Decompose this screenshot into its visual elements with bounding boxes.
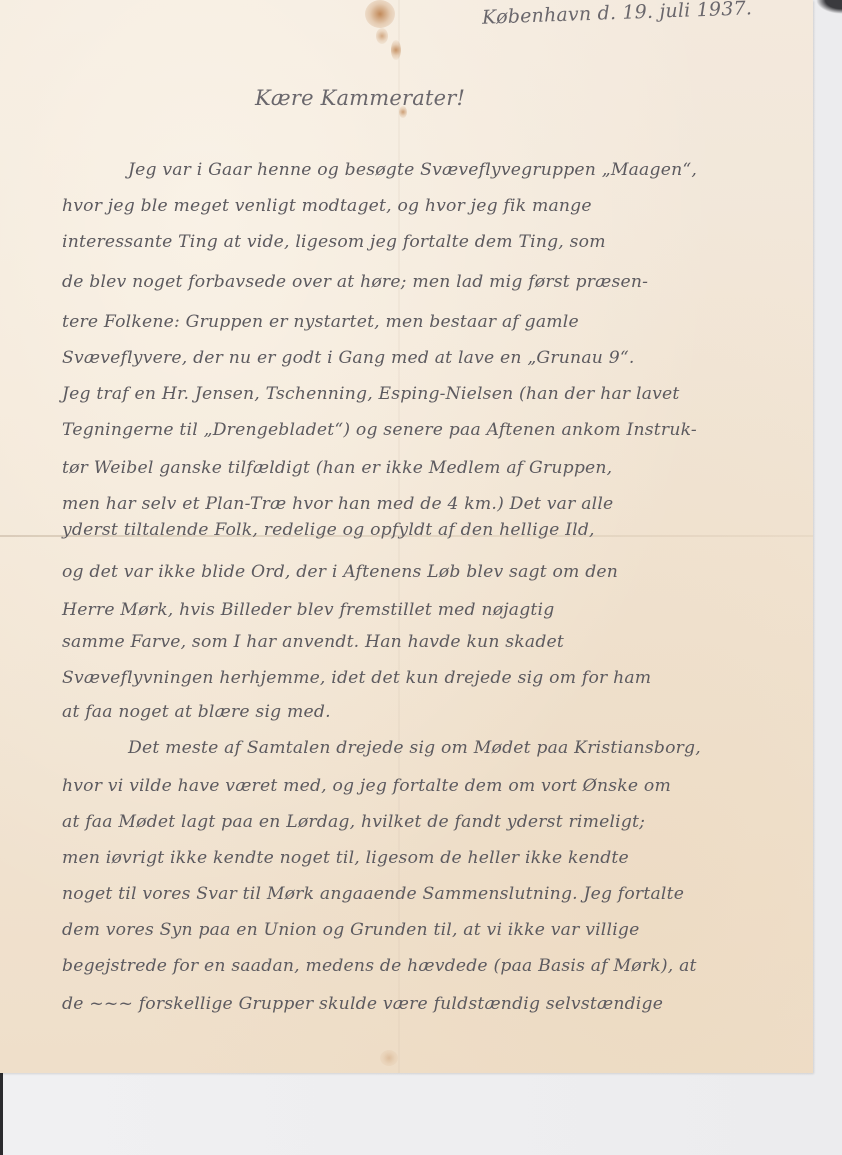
rust-stain	[380, 1050, 398, 1066]
letter-line: Tegningerne til „Drengebladet“) og sener…	[62, 420, 697, 440]
letter-line: og det var ikke blide Ord, der i Aftenen…	[62, 562, 618, 582]
letter-line: interessante Ting at vide, ligesom jeg f…	[62, 232, 606, 252]
letter-line: hvor jeg ble meget venligt modtaget, og …	[62, 196, 592, 216]
letter-line: yderst tiltalende Folk, redelige og opfy…	[62, 520, 595, 540]
letter-page: København d. 19. juli 1937. Kære Kammera…	[0, 0, 813, 1073]
letter-line: men har selv et Plan-Træ hvor han med de…	[62, 494, 613, 514]
scanner-shadow-strip	[0, 1073, 3, 1155]
letter-line: begejstrede for en saadan, medens de hæv…	[62, 956, 697, 976]
scanner-shadow-corner	[816, 0, 842, 14]
rust-stain	[376, 28, 388, 44]
letter-line: Jeg traf en Hr. Jensen, Tschenning, Espi…	[62, 384, 680, 404]
rust-stain	[391, 40, 401, 60]
letter-line: Svæveflyvere, der nu er godt i Gang med …	[62, 348, 635, 368]
letter-line: Jeg var i Gaar henne og besøgte Svævefly…	[128, 160, 697, 180]
letter-line: hvor vi vilde have været med, og jeg for…	[62, 776, 671, 796]
rust-stain	[365, 0, 395, 28]
letter-line: de ~~~ forskellige Grupper skulde være f…	[62, 994, 663, 1014]
letter-line: tere Folkene: Gruppen er nystartet, men …	[62, 312, 579, 332]
letter-line: dem vores Syn paa en Union og Grunden ti…	[62, 920, 639, 940]
letter-dateline: København d. 19. juli 1937.	[482, 0, 753, 29]
letter-salutation: Kære Kammerater!	[255, 86, 465, 110]
letter-line: Herre Mørk, hvis Billeder blev fremstill…	[62, 600, 554, 620]
letter-line: noget til vores Svar til Mørk angaaende …	[62, 884, 684, 904]
letter-line: Det meste af Samtalen drejede sig om Mød…	[128, 738, 701, 758]
letter-line: men iøvrigt ikke kendte noget til, liges…	[62, 848, 629, 868]
letter-line: de blev noget forbavsede over at høre; m…	[62, 272, 648, 292]
letter-line: samme Farve, som I har anvendt. Han havd…	[62, 632, 564, 652]
letter-line: at faa Mødet lagt paa en Lørdag, hvilket…	[62, 812, 645, 832]
letter-line: tør Weibel ganske tilfældigt (han er ikk…	[62, 458, 612, 478]
letter-line: Svæveflyvningen herhjemme, idet det kun …	[62, 668, 651, 688]
letter-line: at faa noget at blære sig med.	[62, 702, 331, 722]
